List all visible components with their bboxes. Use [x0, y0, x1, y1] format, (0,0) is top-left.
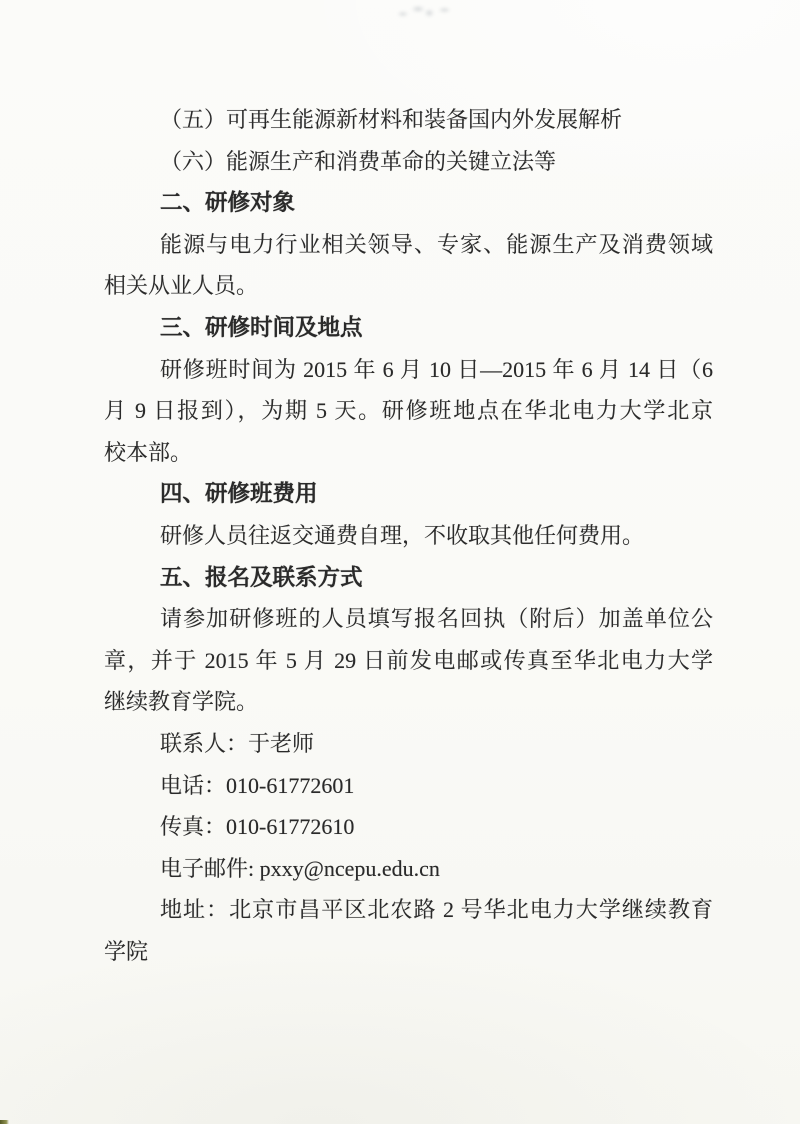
scan-corner-artifact — [0, 1120, 9, 1124]
text-line: 电话：010-61772601 — [104, 765, 713, 807]
text-line: 电子邮件: pxxy@ncepu.edu.cn — [104, 848, 713, 890]
section-heading: 三、研修时间及地点 — [104, 307, 713, 349]
text-line: 传真：010-61772610 — [104, 806, 713, 848]
text-line: 学院 — [104, 931, 713, 973]
text-line: 研修人员往返交通费自理，不收取其他任何费用。 — [104, 515, 713, 557]
text-line: 请参加研修班的人员填写报名回执（附后）加盖单位公 — [104, 598, 713, 640]
text-line: 校本部。 — [104, 432, 713, 474]
text-line: 地址：北京市昌平区北农路 2 号华北电力大学继续教育 — [104, 889, 713, 931]
document-content: （五）可再生能源新材料和装备国内外发展解析（六）能源生产和消费革命的关键立法等二… — [104, 0, 713, 972]
text-line: （五）可再生能源新材料和装备国内外发展解析 — [104, 99, 713, 141]
text-line: 研修班时间为 2015 年 6 月 10 日—2015 年 6 月 14 日（6 — [104, 349, 713, 391]
section-heading: 二、研修对象 — [104, 182, 713, 224]
section-heading: 五、报名及联系方式 — [104, 557, 713, 599]
text-line: （六）能源生产和消费革命的关键立法等 — [104, 141, 713, 183]
text-line: 相关从业人员。 — [104, 265, 713, 307]
text-line: 月 9 日报到），为期 5 天。研修班地点在华北电力大学北京 — [104, 390, 713, 432]
scanned-document-page: （五）可再生能源新材料和装备国内外发展解析（六）能源生产和消费革命的关键立法等二… — [0, 0, 800, 1124]
text-line: 继续教育学院。 — [104, 681, 713, 723]
text-line: 联系人：于老师 — [104, 723, 713, 765]
section-heading: 四、研修班费用 — [104, 473, 713, 515]
text-line: 能源与电力行业相关领导、专家、能源生产及消费领域 — [104, 224, 713, 266]
text-line: 章，并于 2015 年 5 月 29 日前发电邮或传真至华北电力大学 — [104, 640, 713, 682]
